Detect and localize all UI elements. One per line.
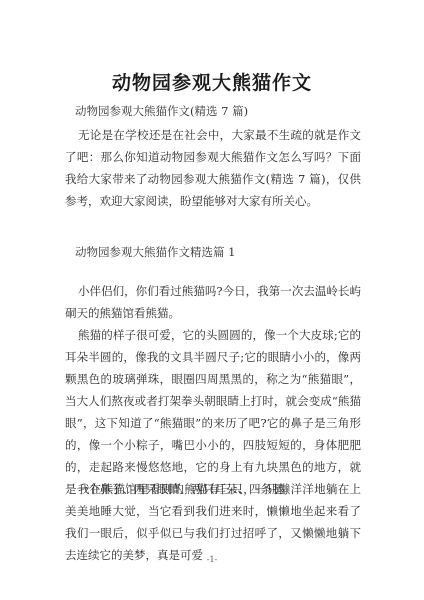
body-paragraph: 我在熊猫馆里看到的熊猫有三只，一只懒洋洋地躺在上美美地睡大觉，当它看到我们进来时…	[65, 478, 361, 566]
document-page: 动物园参观大熊猫作文 动物园参观大熊猫作文(精选 7 篇) 无论是在学校还是在社…	[0, 0, 424, 600]
document-subtitle: 动物园参观大熊猫作文(精选 7 篇)	[75, 103, 248, 119]
body-paragraph: 小伴侣们，你们看过熊猫吗?今日，我第一次去温岭长屿硐天的熊猫馆看熊猫。	[65, 280, 361, 324]
intro-paragraph: 无论是在学校还是在社会中，大家最不生疏的就是作文了吧：那么你知道动物园参观大熊猫…	[65, 124, 361, 212]
body-paragraph: 熊猫的样子很可爱，它的头圆圆的，像一个大皮球;它的耳朵半圆的，像我的文具半圆尺子…	[65, 324, 361, 500]
document-title: 动物园参观大熊猫作文	[0, 68, 424, 95]
section-heading: 动物园参观大熊猫作文精选篇 1	[75, 244, 235, 260]
page-number: -1-	[0, 555, 424, 564]
